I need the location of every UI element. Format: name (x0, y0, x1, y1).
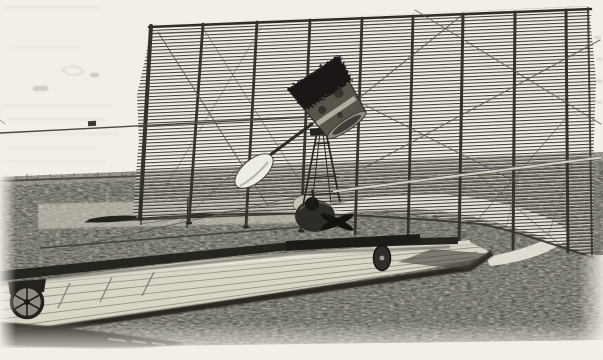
scanned-page (0, 0, 603, 360)
engraving-canvas (0, 0, 603, 360)
engraving-illustration (0, 0, 603, 360)
carriage-wheel (374, 246, 391, 271)
